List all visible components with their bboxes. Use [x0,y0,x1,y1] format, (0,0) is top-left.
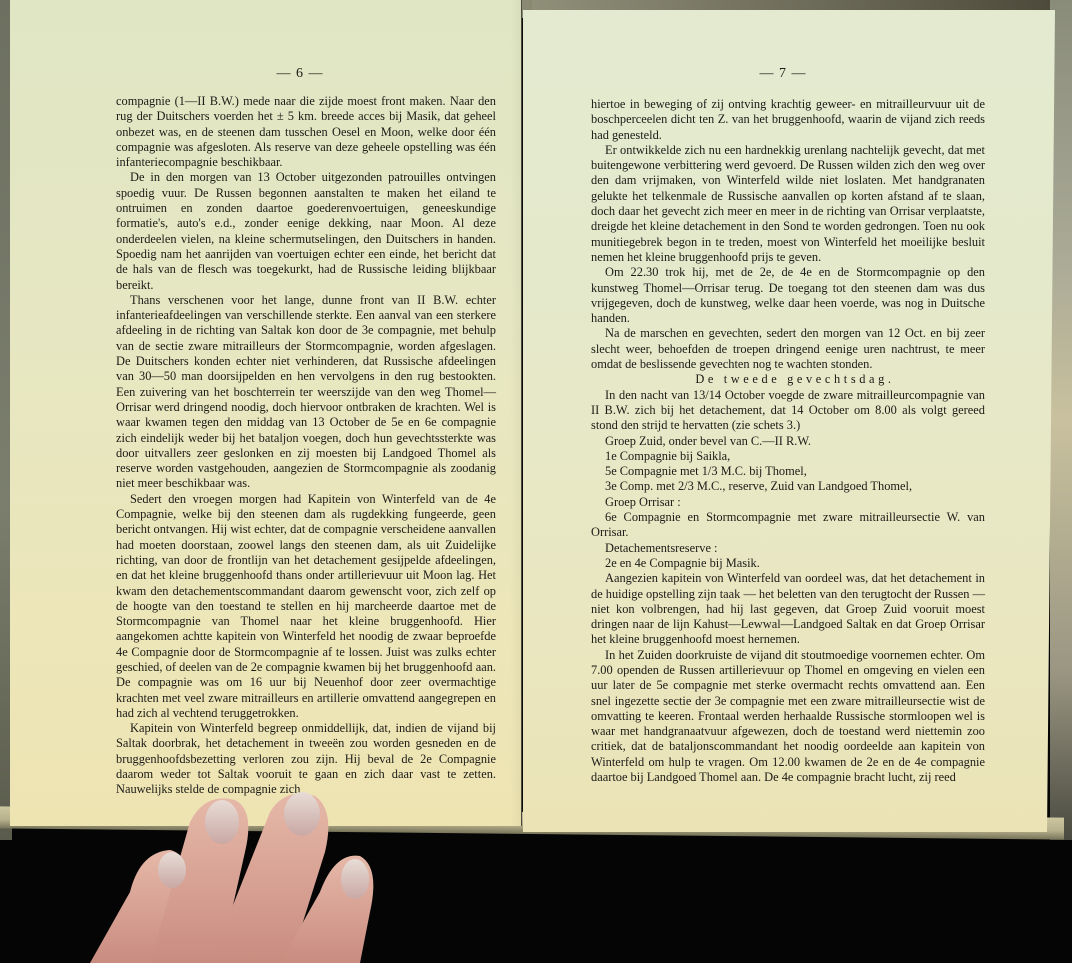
hand-image [90,782,380,963]
paragraph: Sedert den vroegen morgen had Kapitein v… [116,492,496,721]
fingernail [205,800,239,844]
list-item: 2e en 4e Compagnie bij Masik. [591,556,985,571]
paragraph: hiertoe in beweging of zij ontving krach… [591,97,985,143]
page-number-right: — 7 — [743,66,823,82]
list-item: 1e Compagnie bij Saikla, [591,449,985,464]
list-item: Detachementsreserve : [591,541,985,556]
paragraph: Thans verschenen voor het lange, dunne f… [116,293,496,492]
left-page-text: compagnie (1—II B.W.) mede naar die zijd… [116,94,496,798]
paragraph: De in den morgen van 13 October uitgezon… [116,170,496,292]
right-page: — 7 — hiertoe in beweging of zij ontving… [523,10,1055,832]
list-item: Groep Orrisar : [591,495,985,510]
fingernail [341,859,369,899]
paragraph: Aangezien kapitein von Winterfeld van oo… [591,571,985,647]
paragraph: Om 22.30 trok hij, met de 2e, de 4e en d… [591,265,985,326]
list-item: 3e Comp. met 2/3 M.C., reserve, Zuid van… [591,479,985,494]
left-page: — 6 — compagnie (1—II B.W.) mede naar di… [10,0,522,826]
paragraph: In het Zuiden doorkruiste de vijand dit … [591,648,985,786]
paragraph: compagnie (1—II B.W.) mede naar die zijd… [116,94,496,170]
page-number-left: — 6 — [260,66,340,82]
paragraph: Er ontwikkelde zich nu een hardnekkig ur… [591,143,985,265]
list-item: Groep Zuid, onder bevel van C.—II R.W. [591,434,985,449]
paragraph: Na de marschen en gevechten, sedert den … [591,326,985,372]
list-item: 6e Compagnie en Stormcompagnie met zware… [591,510,985,541]
fingernail [284,792,320,836]
right-page-text: hiertoe in beweging of zij ontving krach… [591,97,985,785]
section-heading: De tweede gevechtsdag. [591,372,985,387]
paragraph: In den nacht van 13/14 October voegde de… [591,388,985,434]
list-item: 5e Compagnie met 1/3 M.C. bij Thomel, [591,464,985,479]
fingernail [158,852,186,888]
